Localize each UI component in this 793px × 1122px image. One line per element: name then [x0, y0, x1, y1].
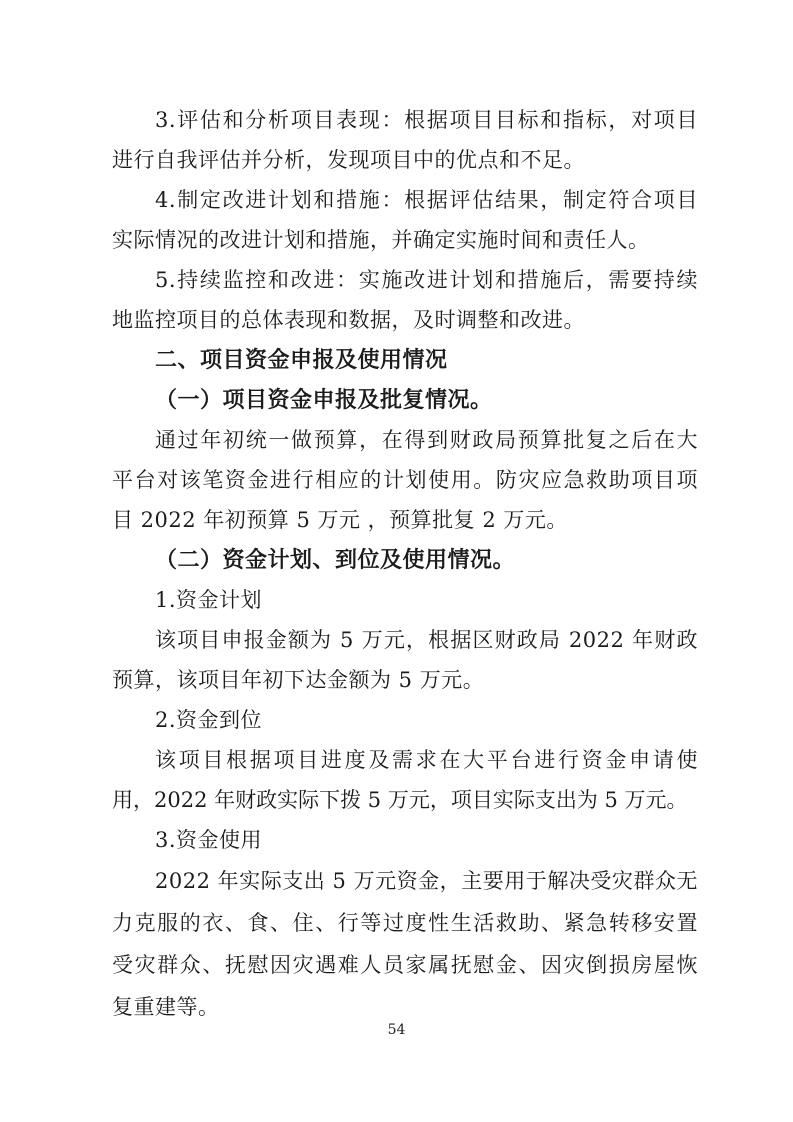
- page-number: 54: [0, 1021, 793, 1039]
- subsection-heading-fund-plan-usage: （二）资金计划、到位及使用情况。: [112, 540, 698, 580]
- page-body-text: 3.评估和分析项目表现：根据项目目标和指标，对项目 进行自我评估并分析，发现项目…: [112, 100, 698, 1028]
- paragraph-line: 2022 年实际支出 5 万元资金，主要用于解决受灾群众无: [112, 860, 698, 902]
- section-heading-funds: 二、项目资金申报及使用情况: [112, 340, 698, 380]
- subsection-heading-application-approval: （一）项目资金申报及批复情况。: [112, 380, 698, 420]
- document-page: 3.评估和分析项目表现：根据项目目标和指标，对项目 进行自我评估并分析，发现项目…: [0, 0, 793, 1122]
- list-item-label-fund-arrival: 2.资金到位: [112, 700, 698, 740]
- paragraph-line: 通过年初统一做预算，在得到财政局预算批复之后在大: [112, 420, 698, 460]
- paragraph-line: 该项目申报金额为 5 万元，根据区财政局 2022 年财政: [112, 620, 698, 660]
- paragraph-line: 进行自我评估并分析，发现项目中的优点和不足。: [112, 140, 698, 180]
- list-item-label-fund-plan: 1.资金计划: [112, 580, 698, 620]
- paragraph-line: 实际情况的改进计划和措施，并确定实施时间和责任人。: [112, 220, 698, 260]
- paragraph-line: 地监控项目的总体表现和数据，及时调整和改进。: [112, 300, 698, 340]
- paragraph-line: 力克服的衣、食、住、行等过度性生活救助、紧急转移安置: [112, 902, 698, 944]
- paragraph-line: 该项目根据项目进度及需求在大平台进行资金申请使: [112, 740, 698, 780]
- paragraph-line: 3.评估和分析项目表现：根据项目目标和指标，对项目: [112, 100, 698, 140]
- paragraph-line: 预算，该项目年初下达金额为 5 万元。: [112, 660, 698, 700]
- paragraph-line: 受灾群众、抚慰因灾遇难人员家属抚慰金、因灾倒损房屋恢: [112, 944, 698, 986]
- paragraph-line: 目 2022 年初预算 5 万元 ，预算批复 2 万元。: [112, 500, 698, 540]
- paragraph-line: 平台对该笔资金进行相应的计划使用。防灾应急救助项目项: [112, 460, 698, 500]
- paragraph-line: 用，2022 年财政实际下拨 5 万元，项目实际支出为 5 万元。: [112, 780, 698, 820]
- paragraph-line: 4.制定改进计划和措施：根据评估结果，制定符合项目: [112, 180, 698, 220]
- paragraph-line: 5.持续监控和改进：实施改进计划和措施后，需要持续: [112, 260, 698, 300]
- list-item-label-fund-usage: 3.资金使用: [112, 820, 698, 860]
